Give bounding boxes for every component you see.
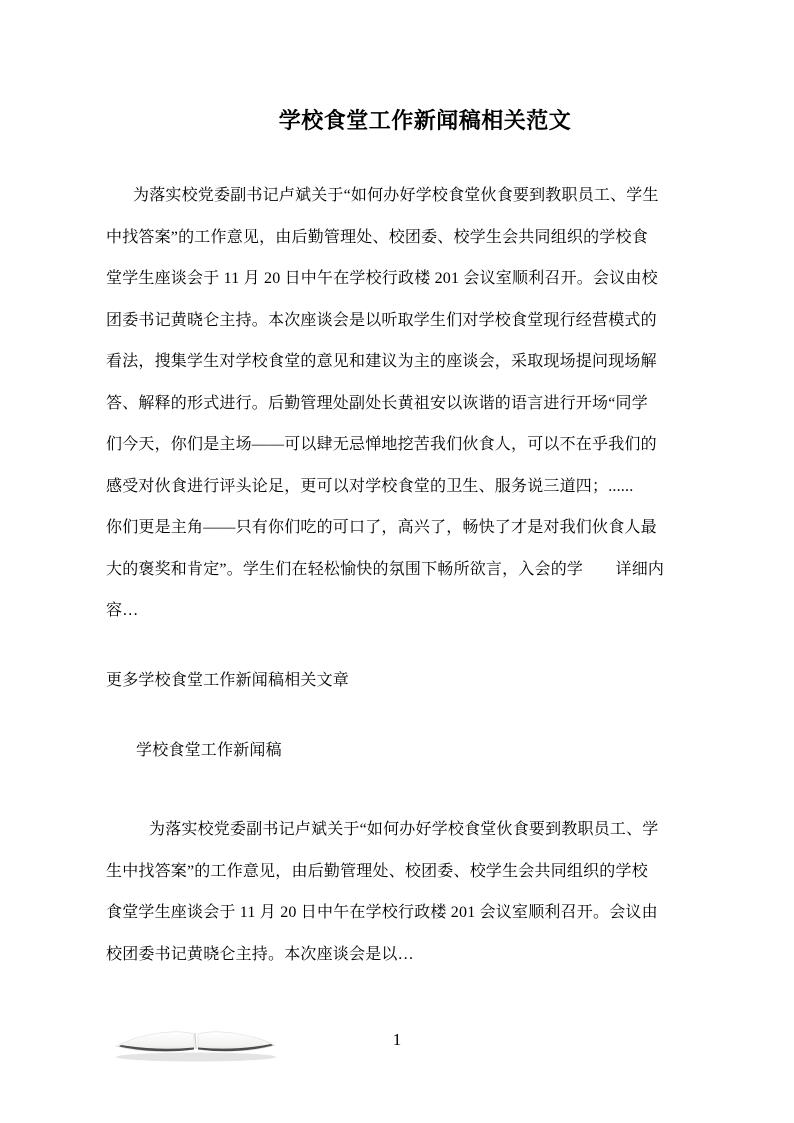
text-line: 看法，搜集学生对学校食堂的意见和建议为主的座谈会，采取现场提问现场解 (106, 341, 708, 383)
text-line: 容… (106, 590, 708, 632)
text-line: 校团委书记黄晓仑主持。本次座谈会是以… (106, 934, 708, 976)
text-line: 堂学生座谈会于 11 月 20 日中午在学校行政楼 201 会议室顺利召开。会议… (106, 258, 708, 300)
text-line: 大的褒奖和肯定”。学生们在轻松愉快的氛围下畅所欲言，入会的学 详细内 (106, 549, 708, 591)
text-line: 感受对伙食进行评头论足，更可以对学校食堂的卫生、服务说三道四；...... (106, 466, 708, 508)
text-line: 答、解释的形式进行。后勤管理处副处长黄祖安以诙谐的语言进行开场“同学 (106, 383, 708, 425)
text-line: 为落实校党委副书记卢斌关于“如何办好学校食堂伙食要到教职员工、学 (106, 809, 708, 851)
text-line: 为落实校党委副书记卢斌关于“如何办好学校食堂伙食要到教职员工、学生 (106, 175, 708, 217)
more-articles-text: 更多学校食堂工作新闻稿相关文章 (106, 660, 349, 702)
document-title: 学校食堂工作新闻稿相关范文 (0, 108, 794, 134)
page-number: 1 (0, 1029, 794, 1051)
text-line: 你们更是主角——只有你们吃的可口了，高兴了，畅快了才是对我们伙食人最 (106, 507, 708, 549)
document-page: 学校食堂工作新闻稿相关范文 为落实校党委副书记卢斌关于“如何办好学校食堂伙食要到… (0, 0, 794, 1123)
text-line: 生中找答案”的工作意见，由后勤管理处、校团委、校学生会共同组织的学校 (106, 851, 708, 893)
text-line: 中找答案”的工作意见，由后勤管理处、校团委、校学生会共同组织的学校食 (106, 217, 708, 259)
text-line: 团委书记黄晓仑主持。本次座谈会是以听取学生们对学校食堂现行经营模式的 (106, 300, 708, 342)
paragraph-1: 为落实校党委副书记卢斌关于“如何办好学校食堂伙食要到教职员工、学生中找答案”的工… (106, 175, 708, 632)
text-line: 食堂学生座谈会于 11 月 20 日中午在学校行政楼 201 会议室顺利召开。会… (106, 892, 708, 934)
text-line: 们今天，你们是主场——可以肆无忌惮地挖苦我们伙食人，可以不在乎我们的 (106, 424, 708, 466)
subheading: 学校食堂工作新闻稿 (136, 730, 282, 772)
paragraph-2: 为落实校党委副书记卢斌关于“如何办好学校食堂伙食要到教职员工、学生中找答案”的工… (106, 809, 708, 975)
